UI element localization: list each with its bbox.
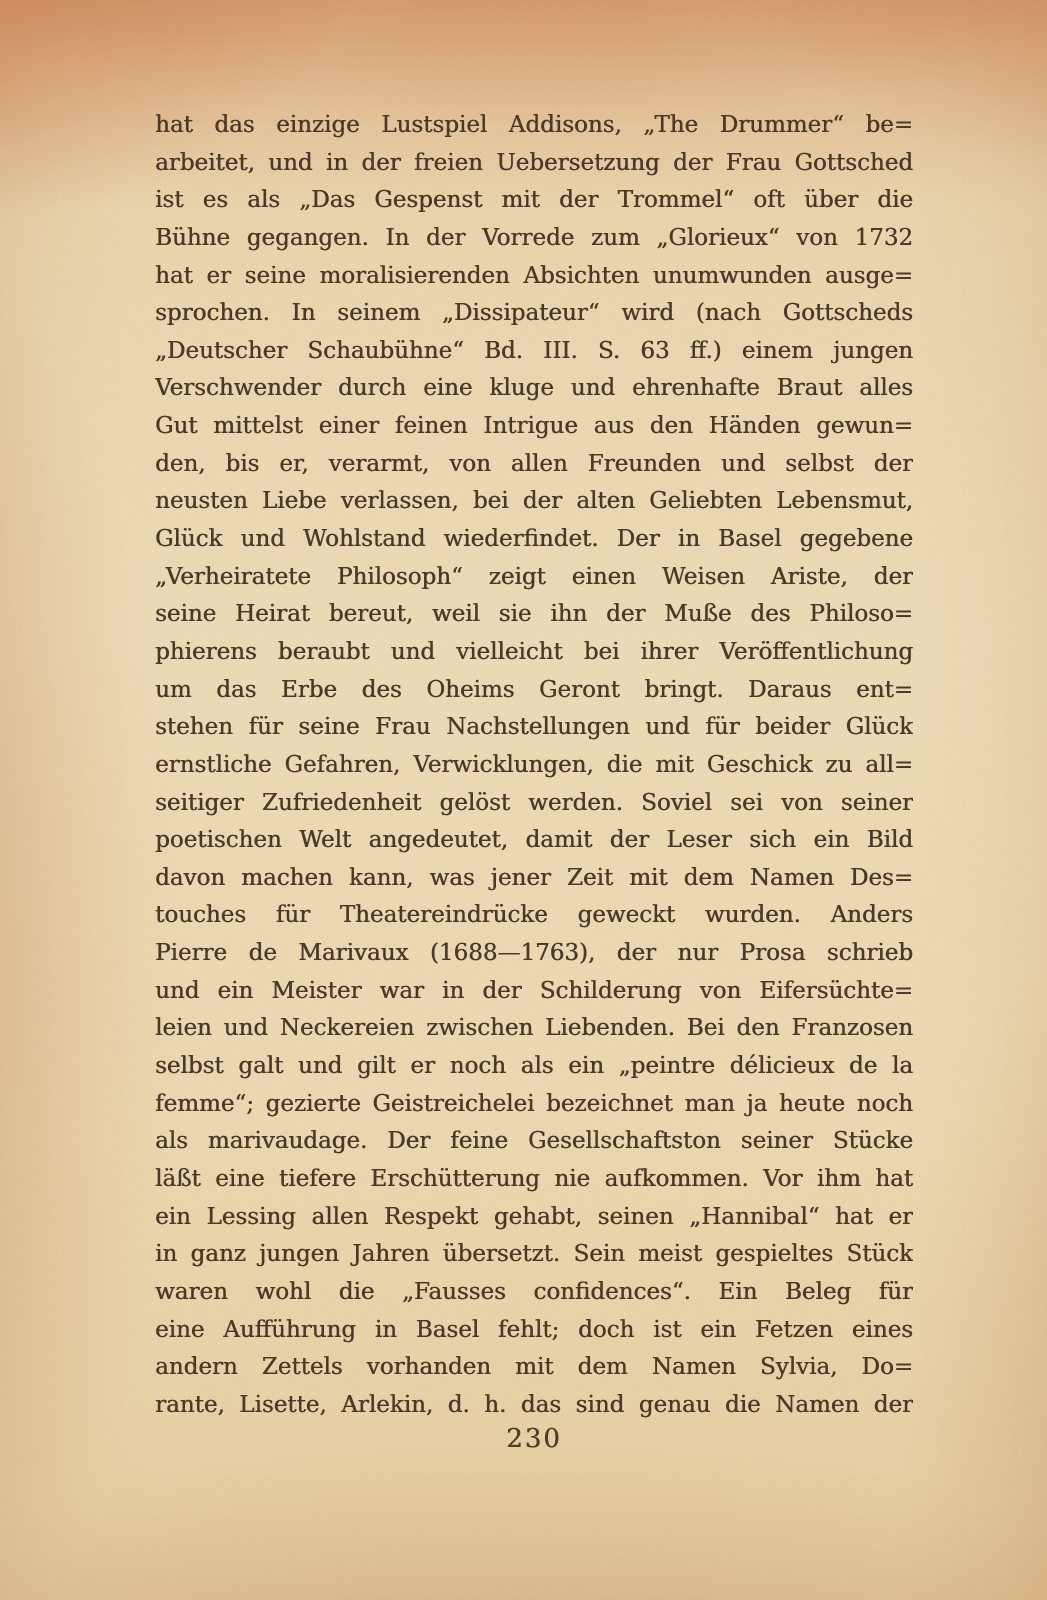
text-line: rante, Lisette, Arlekin, d. h. das sind …: [155, 1387, 913, 1425]
text-line: „Deutscher Schaubühne“ Bd. III. S. 63 ff…: [155, 333, 913, 371]
text-line: in ganz jungen Jahren übersetzt. Sein me…: [155, 1236, 913, 1274]
text-line: läßt eine tiefere Erschütterung nie aufk…: [155, 1161, 913, 1199]
book-page-scan: hat das einzige Lustspiel Addisons, „The…: [0, 0, 1047, 1600]
text-line: seine Heirat bereut, weil sie ihn der Mu…: [155, 596, 913, 634]
text-line: um das Erbe des Oheims Geront bringt. Da…: [155, 672, 913, 710]
text-line: Bühne gegangen. In der Vorrede zum „Glor…: [155, 220, 913, 258]
text-line: hat das einzige Lustspiel Addisons, „The…: [155, 107, 913, 145]
text-line: Glück und Wohlstand wiederfindet. Der in…: [155, 521, 913, 559]
text-line: selbst galt und gilt er noch als ein „pe…: [155, 1048, 913, 1086]
text-line: arbeitet, und in der freien Uebersetzung…: [155, 145, 913, 183]
text-line: touches für Theatereindrücke geweckt wur…: [155, 897, 913, 935]
text-line: andern Zettels vorhanden mit dem Namen S…: [155, 1349, 913, 1387]
text-line: den, bis er, verarmt, von allen Freunden…: [155, 446, 913, 484]
text-line: ein Lessing allen Respekt gehabt, seinen…: [155, 1199, 913, 1237]
text-line: hat er seine moralisierenden Absichten u…: [155, 258, 913, 296]
text-line: neusten Liebe verlassen, bei der alten G…: [155, 483, 913, 521]
text-line: als marivaudage. Der feine Gesellschafts…: [155, 1123, 913, 1161]
page-number: 230: [155, 1424, 913, 1454]
text-line: waren wohl die „Fausses confidences“. Ei…: [155, 1274, 913, 1312]
text-line: stehen für seine Frau Nachstellungen und…: [155, 709, 913, 747]
text-line: phierens beraubt und vielleicht bei ihre…: [155, 634, 913, 672]
text-line: und ein Meister war in der Schilderung v…: [155, 973, 913, 1011]
text-line: leien und Neckereien zwischen Liebenden.…: [155, 1010, 913, 1048]
text-line: davon machen kann, was jener Zeit mit de…: [155, 860, 913, 898]
text-line: Verschwender durch eine kluge und ehrenh…: [155, 370, 913, 408]
text-line: Gut mittelst einer feinen Intrigue aus d…: [155, 408, 913, 446]
text-line: Pierre de Marivaux (1688—1763), der nur …: [155, 935, 913, 973]
text-line: sprochen. In seinem „Dissipateur“ wird (…: [155, 295, 913, 333]
text-line: ernstliche Gefahren, Verwicklungen, die …: [155, 747, 913, 785]
text-line: ist es als „Das Gespenst mit der Trommel…: [155, 182, 913, 220]
text-line: eine Aufführung in Basel fehlt; doch ist…: [155, 1312, 913, 1350]
text-line: seitiger Zufriedenheit gelöst werden. So…: [155, 785, 913, 823]
text-line: femme“; gezierte Geistreichelei bezeichn…: [155, 1086, 913, 1124]
text-line: „Verheiratete Philosoph“ zeigt einen Wei…: [155, 559, 913, 597]
text-line: poetischen Welt angedeutet, damit der Le…: [155, 822, 913, 860]
body-text-block: hat das einzige Lustspiel Addisons, „The…: [155, 107, 913, 1424]
